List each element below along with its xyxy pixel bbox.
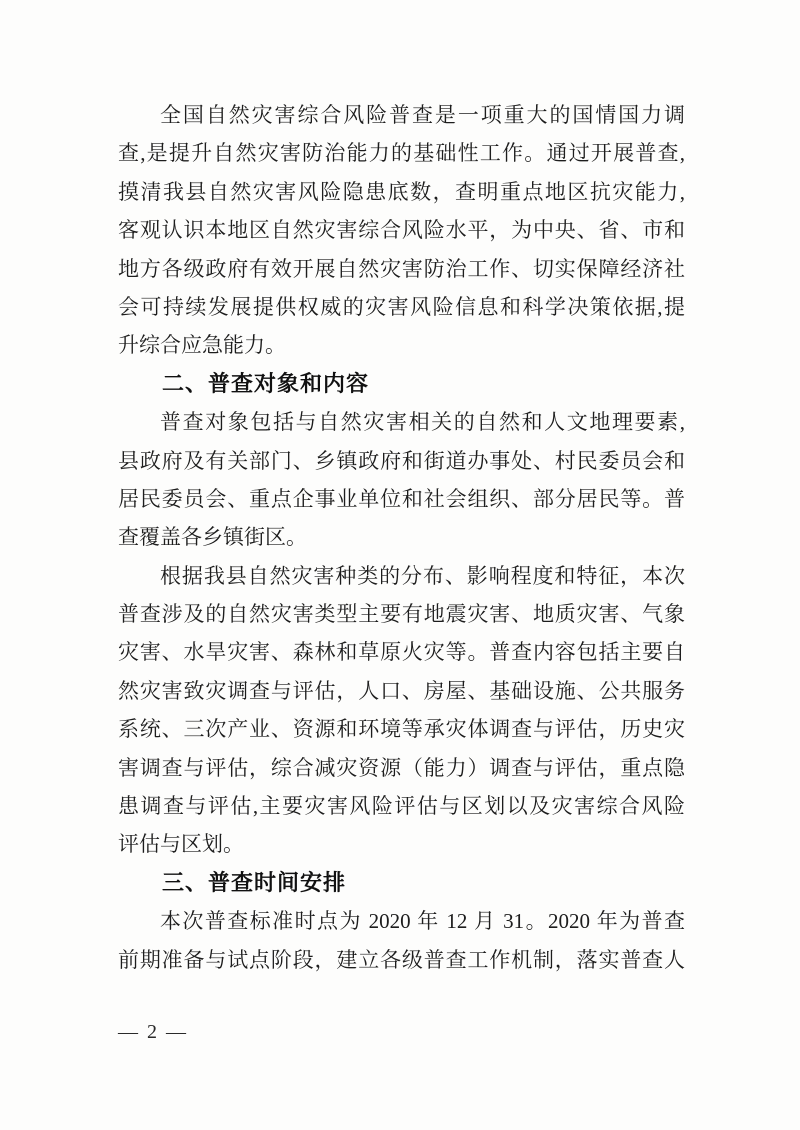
- text-line: 摸清我县自然灾害风险隐患底数，查明重点地区抗灾能力,: [118, 173, 685, 211]
- text-line: 会可持续发展提供权威的灾害风险信息和科学决策依据,提: [118, 288, 685, 326]
- text-line: 灾害、水旱灾害、森林和草原火灾等。普查内容包括主要自: [118, 633, 685, 671]
- text-line: 升综合应急能力。: [118, 326, 685, 364]
- text-line: 患调查与评估,主要灾害风险评估与区划以及灾害综合风险: [118, 787, 685, 825]
- text-line: 根据我县自然灾害种类的分布、影响程度和特征，本次: [118, 557, 685, 595]
- text-line: 县政府及有关部门、乡镇政府和街道办事处、村民委员会和: [118, 442, 685, 480]
- text-line: 害调查与评估，综合减灾资源（能力）调查与评估，重点隐: [118, 749, 685, 787]
- document-page: 全国自然灾害综合风险普查是一项重大的国情国力调查,是提升自然灾害防治能力的基础性…: [0, 0, 800, 1130]
- text-line: 然灾害致灾调查与评估，人口、房屋、基础设施、公共服务: [118, 672, 685, 710]
- text-line: 前期准备与试点阶段，建立各级普查工作机制，落实普查人: [118, 941, 685, 979]
- text-line: 普查对象包括与自然灾害相关的自然和人文地理要素,: [118, 403, 685, 441]
- text-line: 普查涉及的自然灾害类型主要有地震灾害、地质灾害、气象: [118, 595, 685, 633]
- text-line: 客观认识本地区自然灾害综合风险水平，为中央、省、市和: [118, 211, 685, 249]
- text-line: 全国自然灾害综合风险普查是一项重大的国情国力调: [118, 96, 685, 134]
- section-heading: 二、普查对象和内容: [118, 365, 685, 403]
- text-line: 查,是提升自然灾害防治能力的基础性工作。通过开展普查,: [118, 134, 685, 172]
- text-line: 查覆盖各乡镇街区。: [118, 518, 685, 556]
- section-heading: 三、普查时间安排: [118, 864, 685, 902]
- document-body: 全国自然灾害综合风险普查是一项重大的国情国力调查,是提升自然灾害防治能力的基础性…: [118, 96, 685, 979]
- text-line: 居民委员会、重点企事业单位和社会组织、部分居民等。普: [118, 480, 685, 518]
- text-line: 系统、三次产业、资源和环境等承灾体调查与评估，历史灾: [118, 710, 685, 748]
- page-number: — 2 —: [118, 1018, 188, 1046]
- text-line: 本次普查标准时点为 2020 年 12 月 31。2020 年为普查: [118, 902, 685, 940]
- text-line: 地方各级政府有效开展自然灾害防治工作、切实保障经济社: [118, 250, 685, 288]
- text-line: 评估与区划。: [118, 825, 685, 863]
